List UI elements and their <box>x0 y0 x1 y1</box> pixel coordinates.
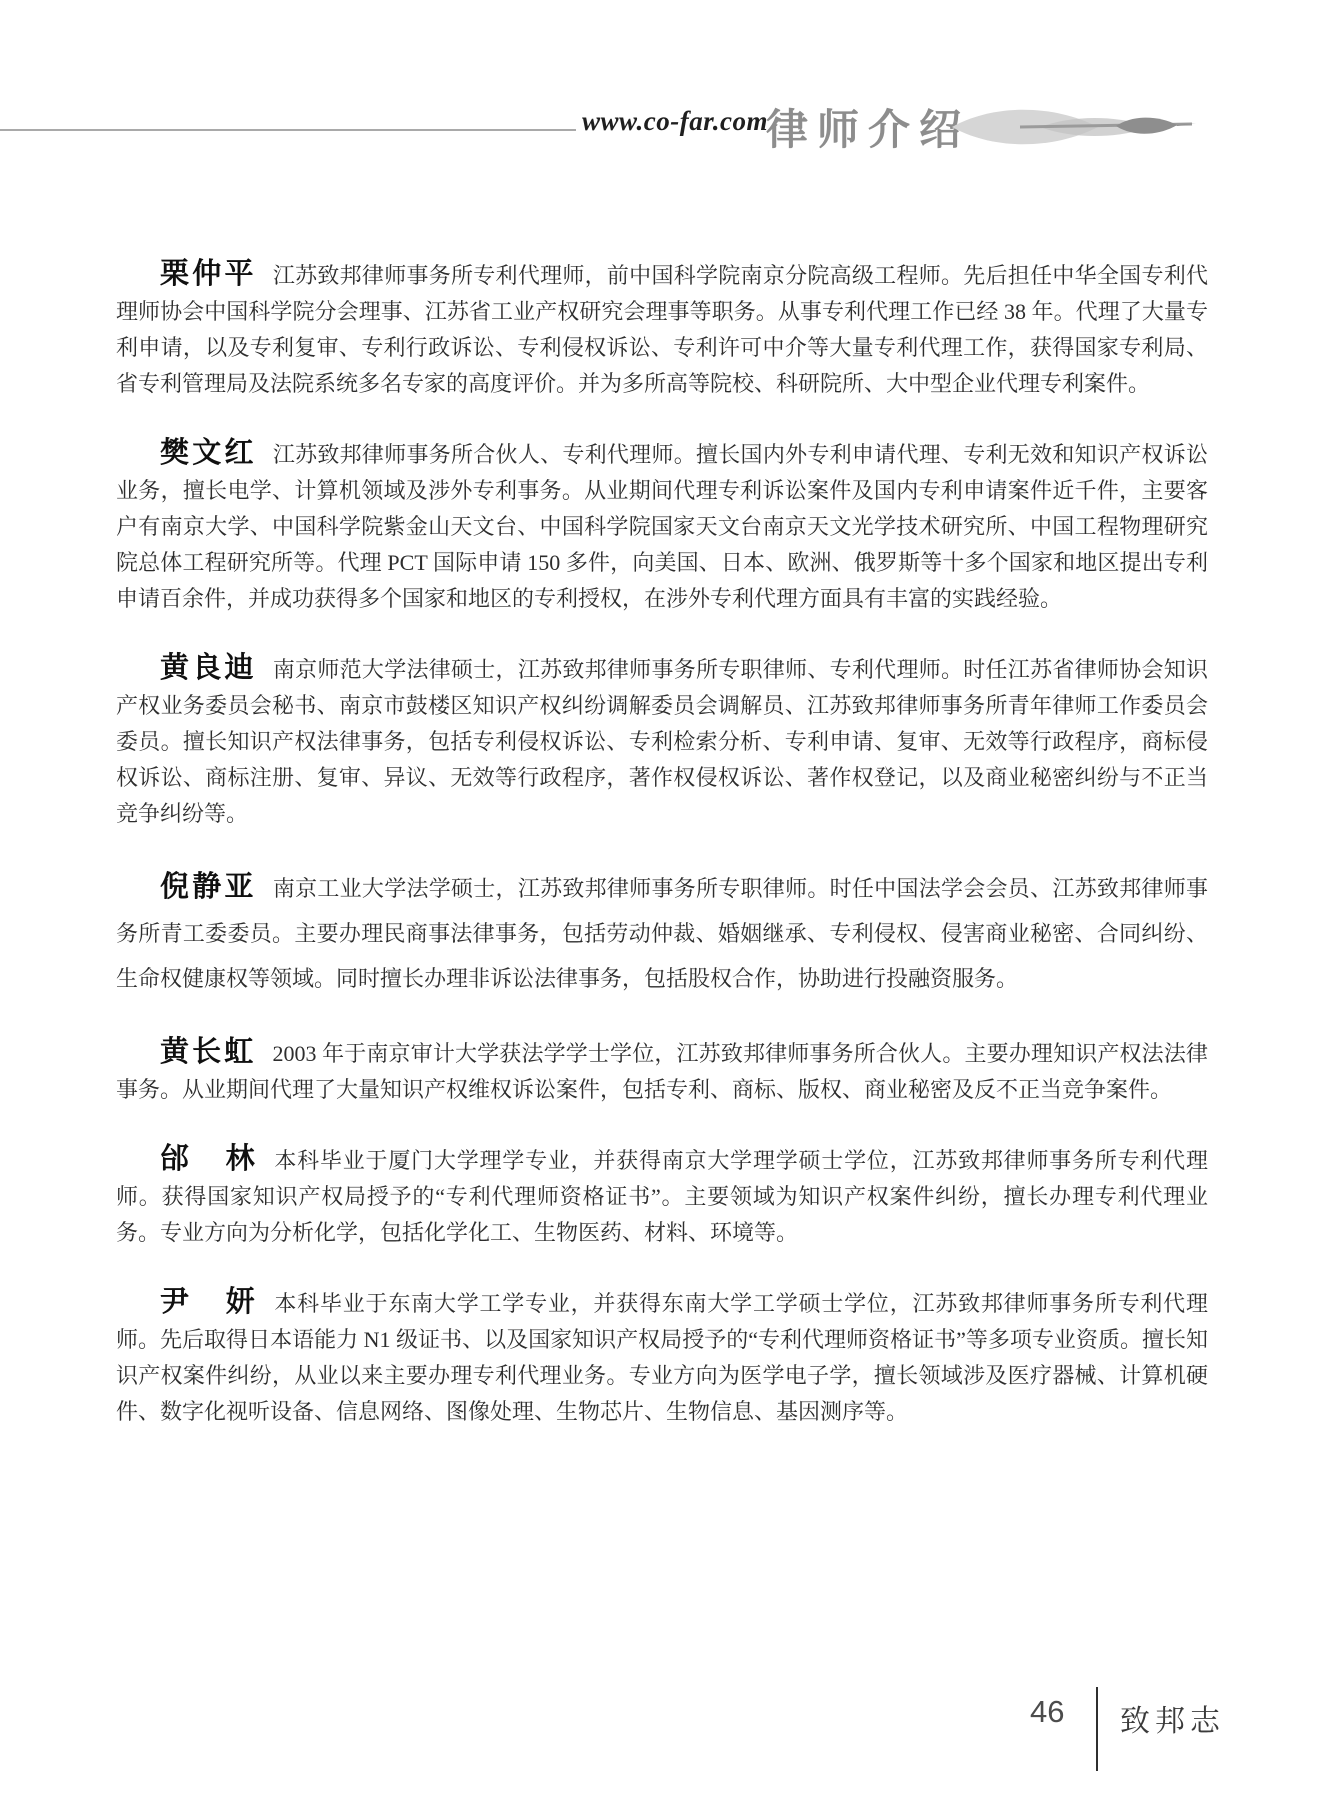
lawyer-bio-text: 南京工业大学法学硕士，江苏致邦律师事务所专职律师。时任中国法学会会员、江苏致邦律… <box>116 876 1208 991</box>
lawyer-bio-list: 栗仲平江苏致邦律师事务所专利代理师，前中国科学院南京分院高级工程师。先后担任中华… <box>116 256 1208 1463</box>
lawyer-name: 樊文红 <box>160 437 257 469</box>
lawyer-name: 栗仲平 <box>160 258 257 290</box>
lawyer-bio-tai-lin: 邰 林本科毕业于厦门大学理学专业，并获得南京大学理学硕士学位，江苏致邦律师事务所… <box>116 1141 1208 1251</box>
lawyer-name: 尹 妍 <box>160 1286 258 1318</box>
lawyer-bio-text: 南京师范大学法律硕士，江苏致邦律师事务所专职律师、专利代理师。时任江苏省律师协会… <box>116 657 1208 826</box>
lawyer-bio-yin-yan: 尹 妍本科毕业于东南大学工学专业，并获得东南大学工学硕士学位，江苏致邦律师事务所… <box>116 1284 1208 1430</box>
footer-divider-line <box>1096 1687 1098 1771</box>
header-divider-line <box>0 129 576 131</box>
lawyer-name: 黄良迪 <box>160 652 257 684</box>
lawyer-bio-ni-jingya: 倪静亚南京工业大学法学硕士，江苏致邦律师事务所专职律师。时任中国法学会会员、江苏… <box>116 865 1208 1001</box>
magazine-title: 致邦志 <box>1120 1696 1225 1740</box>
page-number: 46 <box>1030 1694 1064 1730</box>
lawyer-bio-fan-wenhong: 樊文红江苏致邦律师事务所合伙人、专利代理师。擅长国内外专利申请代理、专利无效和知… <box>116 435 1208 617</box>
lawyer-bio-text: 2003 年于南京审计大学获法学学士学位，江苏致邦律师事务所合伙人。主要办理知识… <box>116 1041 1208 1102</box>
lawyer-bio-huang-changhong: 黄长虹2003 年于南京审计大学获法学学士学位，江苏致邦律师事务所合伙人。主要办… <box>116 1034 1208 1108</box>
lawyer-bio-text: 江苏致邦律师事务所合伙人、专利代理师。擅长国内外专利申请代理、专利无效和知识产权… <box>116 442 1208 611</box>
lawyer-name: 倪静亚 <box>160 871 257 903</box>
lawyer-name: 黄长虹 <box>160 1036 256 1068</box>
lawyer-bio-text: 江苏致邦律师事务所专利代理师，前中国科学院南京分院高级工程师。先后担任中华全国专… <box>116 263 1208 396</box>
leaf-ornament-icon <box>948 96 1198 158</box>
lawyer-name: 邰 林 <box>160 1143 258 1175</box>
website-url: www.co-far.com <box>582 106 768 137</box>
lawyer-bio-text: 本科毕业于东南大学工学专业，并获得东南大学工学硕士学位，江苏致邦律师事务所专利代… <box>116 1291 1208 1424</box>
lawyer-bio-huang-liangdi: 黄良迪南京师范大学法律硕士，江苏致邦律师事务所专职律师、专利代理师。时任江苏省律… <box>116 650 1208 832</box>
lawyer-bio-li-zhongping: 栗仲平江苏致邦律师事务所专利代理师，前中国科学院南京分院高级工程师。先后担任中华… <box>116 256 1208 402</box>
lawyer-bio-text: 本科毕业于厦门大学理学专业，并获得南京大学理学硕士学位，江苏致邦律师事务所专利代… <box>116 1148 1208 1245</box>
section-title: 律师介绍 <box>766 97 970 157</box>
